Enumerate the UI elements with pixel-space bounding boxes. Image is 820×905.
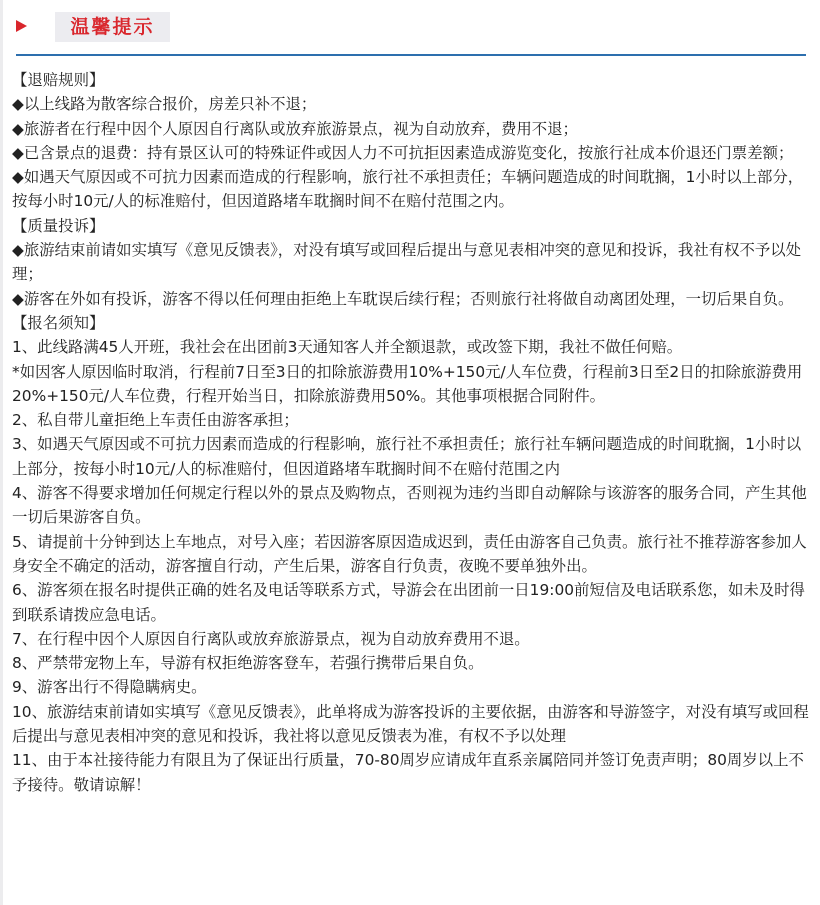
heading-refund-rules: 【退赔规则】 — [12, 68, 812, 92]
registration-item: 6、游客须在报名时提供正确的姓名及电话等联系方式，导游会在出团前一日19:00前… — [12, 578, 812, 627]
refund-rule-item: ◆旅游者在行程中因个人原因自行离队或放弃旅游景点，视为自动放弃，费用不退； — [12, 117, 812, 141]
section-title: 温馨提示 — [55, 12, 170, 42]
registration-item: 8、严禁带宠物上车，导游有权拒绝游客登车，若强行携带后果自负。 — [12, 651, 812, 675]
refund-rule-item: ◆已含景点的退费：持有景区认可的特殊证件或因人力不可抗拒因素造成游览变化，按旅行… — [12, 141, 812, 165]
registration-item: 5、请提前十分钟到达上车地点，对号入座；若因游客原因造成迟到，责任由游客自己负责… — [12, 530, 812, 579]
header-divider — [16, 54, 806, 56]
refund-rule-item: ◆以上线路为散客综合报价，房差只补不退； — [12, 92, 812, 116]
complaint-item: ◆旅游结束前请如实填写《意见反馈表》，对没有填写或回程后提出与意见表相冲突的意见… — [12, 238, 812, 287]
registration-item: 1、此线路满45人开班，我社会在出团前3天通知客人并全额退款，或改签下期，我社不… — [12, 335, 812, 359]
registration-item: *如因客人原因临时取消，行程前7日至3日的扣除旅游费用10%+150元/人车位费… — [12, 360, 812, 409]
registration-item: 10、旅游结束前请如实填写《意见反馈表》，此单将成为游客投诉的主要依据，由游客和… — [12, 700, 812, 749]
registration-item: 11、由于本社接待能力有限且为了保证出行质量，70-80周岁应请成年直系亲属陪同… — [12, 748, 812, 797]
heading-quality-complaints: 【质量投诉】 — [12, 214, 812, 238]
registration-item: 9、游客出行不得隐瞒病史。 — [12, 675, 812, 699]
registration-item: 4、游客不得要求增加任何规定行程以外的景点及购物点，否则视为违约当即自动解除与该… — [12, 481, 812, 530]
triangle-right-icon — [16, 20, 27, 32]
section-header: 温馨提示 — [0, 0, 820, 60]
heading-registration-notes: 【报名须知】 — [12, 311, 812, 335]
registration-item: 2、私自带儿童拒绝上车责任由游客承担； — [12, 408, 812, 432]
refund-rule-item: ◆如遇天气原因或不可抗力因素而造成的行程影响，旅行社不承担责任；车辆问题造成的时… — [12, 165, 812, 214]
left-border — [0, 0, 3, 905]
notice-content: 【退赔规则】 ◆以上线路为散客综合报价，房差只补不退； ◆旅游者在行程中因个人原… — [12, 68, 812, 797]
registration-item: 3、如遇天气原因或不可抗力因素而造成的行程影响，旅行社不承担责任；旅行社车辆问题… — [12, 432, 812, 481]
registration-item: 7、在行程中因个人原因自行离队或放弃旅游景点，视为自动放弃费用不退。 — [12, 627, 812, 651]
complaint-item: ◆游客在外如有投诉，游客不得以任何理由拒绝上车耽误后续行程；否则旅行社将做自动离… — [12, 287, 812, 311]
